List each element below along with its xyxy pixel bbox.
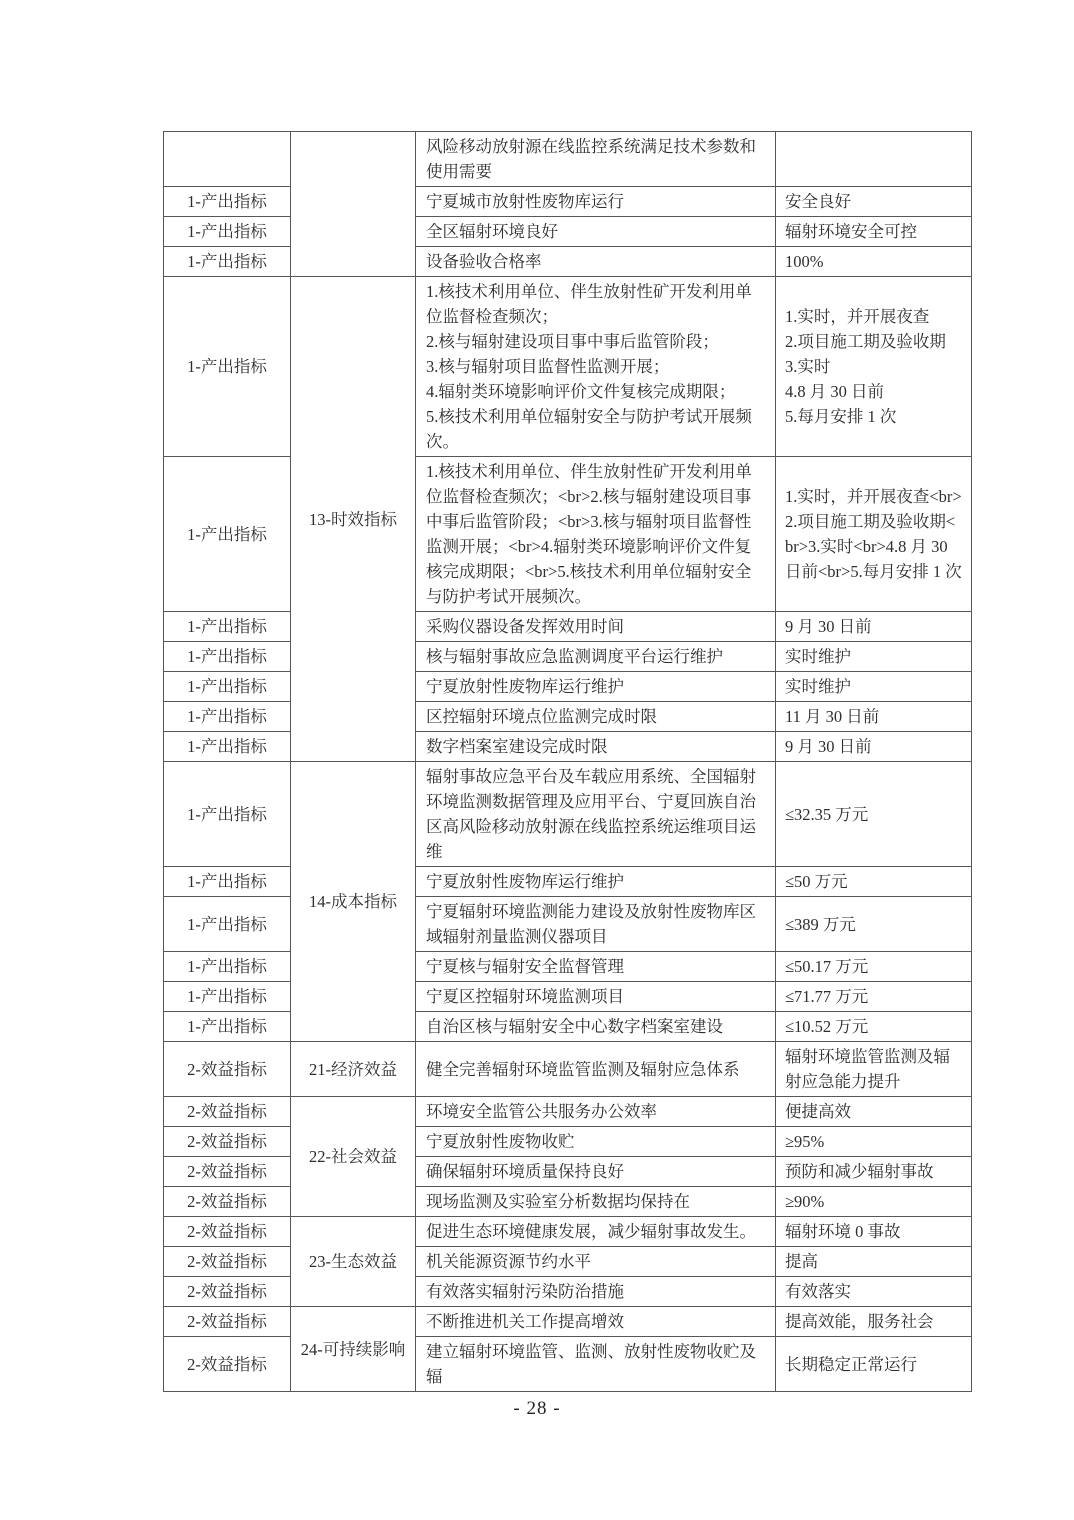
indicator-value-cell: 便捷高效	[776, 1097, 972, 1127]
level1-indicator-cell: 2-效益指标	[164, 1042, 291, 1097]
indicator-value-cell: ≤389 万元	[776, 897, 972, 952]
level2-indicator-cell: 22-社会效益	[291, 1097, 416, 1217]
table-row: 1-产出指标数字档案室建设完成时限9 月 30 日前	[164, 732, 972, 762]
indicator-name-cell: 数字档案室建设完成时限	[416, 732, 776, 762]
table-row: 2-效益指标建立辐射环境监管、监测、放射性废物收贮及辐长期稳定正常运行	[164, 1337, 972, 1392]
indicator-value-cell: 提高	[776, 1247, 972, 1277]
indicator-value-cell: 长期稳定正常运行	[776, 1337, 972, 1392]
level1-indicator-cell: 1-产出指标	[164, 612, 291, 642]
indicator-name-cell: 宁夏核与辐射安全监督管理	[416, 952, 776, 982]
indicator-name-cell: 环境安全监管公共服务办公效率	[416, 1097, 776, 1127]
indicator-value-cell: ≤10.52 万元	[776, 1012, 972, 1042]
indicator-name-cell: 设备验收合格率	[416, 247, 776, 277]
indicator-name-cell: 促进生态环境健康发展，减少辐射事故发生。	[416, 1217, 776, 1247]
table-row: 1-产出指标宁夏区控辐射环境监测项目≤71.77 万元	[164, 982, 972, 1012]
document-page: { "page": { "footer": "- 28 -" }, "table…	[0, 0, 1074, 1520]
indicator-name-cell: 辐射事故应急平台及车载应用系统、全国辐射环境监测数据管理及应用平台、宁夏回族自治…	[416, 762, 776, 867]
level1-indicator-cell: 2-效益指标	[164, 1157, 291, 1187]
indicator-name-cell: 1.核技术利用单位、伴生放射性矿开发利用单位监督检查频次；<br>2.核与辐射建…	[416, 457, 776, 612]
table-row: 1-产出指标全区辐射环境良好辐射环境安全可控	[164, 217, 972, 247]
level1-indicator-cell: 1-产出指标	[164, 187, 291, 217]
indicator-value-cell: 实时维护	[776, 672, 972, 702]
table-row: 2-效益指标确保辐射环境质量保持良好预防和减少辐射事故	[164, 1157, 972, 1187]
indicator-table-body: 风险移动放射源在线监控系统满足技术参数和使用需要1-产出指标宁夏城市放射性废物库…	[164, 132, 972, 1392]
level2-indicator-cell: 13-时效指标	[291, 277, 416, 762]
table-row: 风险移动放射源在线监控系统满足技术参数和使用需要	[164, 132, 972, 187]
table-row: 1-产出指标采购仪器设备发挥效用时间9 月 30 日前	[164, 612, 972, 642]
level1-indicator-cell: 1-产出指标	[164, 457, 291, 612]
indicator-name-cell: 采购仪器设备发挥效用时间	[416, 612, 776, 642]
level1-indicator-cell: 2-效益指标	[164, 1217, 291, 1247]
indicator-value-cell: 1.实时，并开展夜查 2.项目施工期及验收期 3.实时 4.8 月 30 日前 …	[776, 277, 972, 457]
indicator-value-cell: 9 月 30 日前	[776, 612, 972, 642]
level1-indicator-cell: 1-产出指标	[164, 702, 291, 732]
table-row: 1-产出指标设备验收合格率100%	[164, 247, 972, 277]
indicator-name-cell: 全区辐射环境良好	[416, 217, 776, 247]
indicator-name-cell: 风险移动放射源在线监控系统满足技术参数和使用需要	[416, 132, 776, 187]
table-row: 2-效益指标21-经济效益健全完善辐射环境监管监测及辐射应急体系辐射环境监管监测…	[164, 1042, 972, 1097]
level1-indicator-cell: 1-产出指标	[164, 952, 291, 982]
indicator-name-cell: 有效落实辐射污染防治措施	[416, 1277, 776, 1307]
level2-indicator-cell	[291, 132, 416, 277]
table-row: 1-产出指标宁夏辐射环境监测能力建设及放射性废物库区域辐射剂量监测仪器项目≤38…	[164, 897, 972, 952]
table-row: 2-效益指标24-可持续影响不断推进机关工作提高增效提高效能，服务社会	[164, 1307, 972, 1337]
table-row: 2-效益指标宁夏放射性废物收贮≥95%	[164, 1127, 972, 1157]
indicator-name-cell: 建立辐射环境监管、监测、放射性废物收贮及辐	[416, 1337, 776, 1392]
indicator-value-cell: 9 月 30 日前	[776, 732, 972, 762]
indicator-value-cell: 安全良好	[776, 187, 972, 217]
level1-indicator-cell: 1-产出指标	[164, 732, 291, 762]
indicator-name-cell: 宁夏放射性废物库运行维护	[416, 672, 776, 702]
table-row: 2-效益指标22-社会效益环境安全监管公共服务办公效率便捷高效	[164, 1097, 972, 1127]
table-row: 1-产出指标核与辐射事故应急监测调度平台运行维护实时维护	[164, 642, 972, 672]
indicator-name-cell: 宁夏放射性废物库运行维护	[416, 867, 776, 897]
indicator-name-cell: 自治区核与辐射安全中心数字档案室建设	[416, 1012, 776, 1042]
table-row: 2-效益指标23-生态效益促进生态环境健康发展，减少辐射事故发生。辐射环境 0 …	[164, 1217, 972, 1247]
level1-indicator-cell: 1-产出指标	[164, 867, 291, 897]
level1-indicator-cell	[164, 132, 291, 187]
level1-indicator-cell: 1-产出指标	[164, 672, 291, 702]
level1-indicator-cell: 2-效益指标	[164, 1127, 291, 1157]
level1-indicator-cell: 2-效益指标	[164, 1247, 291, 1277]
table-row: 1-产出指标1.核技术利用单位、伴生放射性矿开发利用单位监督检查频次；<br>2…	[164, 457, 972, 612]
level2-indicator-cell: 14-成本指标	[291, 762, 416, 1042]
level1-indicator-cell: 2-效益指标	[164, 1277, 291, 1307]
indicator-value-cell: 提高效能，服务社会	[776, 1307, 972, 1337]
level1-indicator-cell: 1-产出指标	[164, 1012, 291, 1042]
indicator-name-cell: 宁夏辐射环境监测能力建设及放射性废物库区域辐射剂量监测仪器项目	[416, 897, 776, 952]
table-row: 1-产出指标自治区核与辐射安全中心数字档案室建设≤10.52 万元	[164, 1012, 972, 1042]
table-row: 1-产出指标宁夏城市放射性废物库运行安全良好	[164, 187, 972, 217]
indicator-value-cell: ≥95%	[776, 1127, 972, 1157]
indicator-name-cell: 确保辐射环境质量保持良好	[416, 1157, 776, 1187]
table-row: 1-产出指标区控辐射环境点位监测完成时限11 月 30 日前	[164, 702, 972, 732]
table-row: 2-效益指标现场监测及实验室分析数据均保持在≥90%	[164, 1187, 972, 1217]
indicator-name-cell: 宁夏放射性废物收贮	[416, 1127, 776, 1157]
table-row: 1-产出指标宁夏放射性废物库运行维护实时维护	[164, 672, 972, 702]
indicator-name-cell: 不断推进机关工作提高增效	[416, 1307, 776, 1337]
level2-indicator-cell: 23-生态效益	[291, 1217, 416, 1307]
indicator-value-cell: ≤50.17 万元	[776, 952, 972, 982]
indicator-table: 风险移动放射源在线监控系统满足技术参数和使用需要1-产出指标宁夏城市放射性废物库…	[163, 131, 972, 1392]
indicator-value-cell: 预防和减少辐射事故	[776, 1157, 972, 1187]
level1-indicator-cell: 2-效益指标	[164, 1097, 291, 1127]
indicator-name-cell: 机关能源资源节约水平	[416, 1247, 776, 1277]
indicator-name-cell: 1.核技术利用单位、伴生放射性矿开发利用单位监督检查频次； 2.核与辐射建设项目…	[416, 277, 776, 457]
indicator-name-cell: 健全完善辐射环境监管监测及辐射应急体系	[416, 1042, 776, 1097]
indicator-value-cell: 有效落实	[776, 1277, 972, 1307]
indicator-value-cell: 1.实时，并开展夜查<br>2.项目施工期及验收期<br>3.实时<br>4.8…	[776, 457, 972, 612]
level1-indicator-cell: 2-效益指标	[164, 1307, 291, 1337]
table-row: 1-产出指标宁夏放射性废物库运行维护≤50 万元	[164, 867, 972, 897]
indicator-value-cell: ≥90%	[776, 1187, 972, 1217]
level2-indicator-cell: 24-可持续影响	[291, 1307, 416, 1392]
indicator-name-cell: 区控辐射环境点位监测完成时限	[416, 702, 776, 732]
level1-indicator-cell: 1-产出指标	[164, 642, 291, 672]
table-row: 1-产出指标13-时效指标1.核技术利用单位、伴生放射性矿开发利用单位监督检查频…	[164, 277, 972, 457]
level1-indicator-cell: 1-产出指标	[164, 897, 291, 952]
page-number: - 28 -	[0, 1398, 1074, 1420]
table-row: 2-效益指标有效落实辐射污染防治措施有效落实	[164, 1277, 972, 1307]
level1-indicator-cell: 2-效益指标	[164, 1187, 291, 1217]
level1-indicator-cell: 1-产出指标	[164, 247, 291, 277]
level2-indicator-cell: 21-经济效益	[291, 1042, 416, 1097]
indicator-value-cell: 辐射环境监管监测及辐射应急能力提升	[776, 1042, 972, 1097]
table-row: 1-产出指标14-成本指标辐射事故应急平台及车载应用系统、全国辐射环境监测数据管…	[164, 762, 972, 867]
indicator-value-cell	[776, 132, 972, 187]
level1-indicator-cell: 1-产出指标	[164, 762, 291, 867]
level1-indicator-cell: 1-产出指标	[164, 217, 291, 247]
level1-indicator-cell: 1-产出指标	[164, 982, 291, 1012]
table-row: 2-效益指标机关能源资源节约水平提高	[164, 1247, 972, 1277]
indicator-name-cell: 核与辐射事故应急监测调度平台运行维护	[416, 642, 776, 672]
table-row: 1-产出指标宁夏核与辐射安全监督管理≤50.17 万元	[164, 952, 972, 982]
indicator-value-cell: 辐射环境安全可控	[776, 217, 972, 247]
indicator-value-cell: ≤71.77 万元	[776, 982, 972, 1012]
indicator-value-cell: 实时维护	[776, 642, 972, 672]
indicator-value-cell: 100%	[776, 247, 972, 277]
indicator-value-cell: ≤32.35 万元	[776, 762, 972, 867]
indicator-name-cell: 宁夏城市放射性废物库运行	[416, 187, 776, 217]
indicator-name-cell: 现场监测及实验室分析数据均保持在	[416, 1187, 776, 1217]
indicator-name-cell: 宁夏区控辐射环境监测项目	[416, 982, 776, 1012]
indicator-value-cell: ≤50 万元	[776, 867, 972, 897]
level1-indicator-cell: 2-效益指标	[164, 1337, 291, 1392]
level1-indicator-cell: 1-产出指标	[164, 277, 291, 457]
indicator-value-cell: 辐射环境 0 事故	[776, 1217, 972, 1247]
indicator-value-cell: 11 月 30 日前	[776, 702, 972, 732]
